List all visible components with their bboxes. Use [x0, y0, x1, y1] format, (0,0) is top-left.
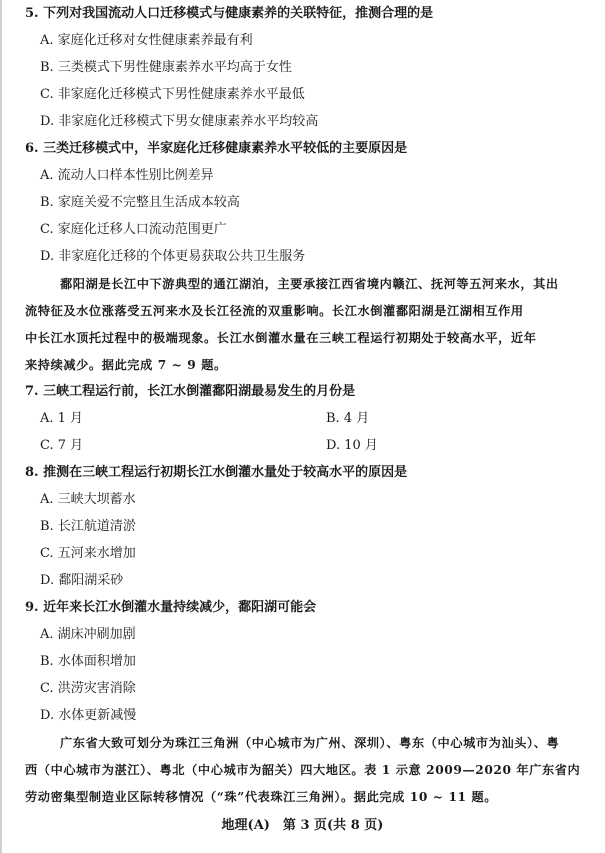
question-8-option-d: D. 鄱阳湖采砂: [40, 573, 123, 589]
question-8-stem: 8. 推测在三峡工程运行初期长江水倒灌水量处于较高水平的原因是: [25, 465, 407, 481]
passage-poyang-line-1: 鄱阳湖是长江中下游典型的通江湖泊，主要承接江西省境内赣江、抚河等五河来水，其出: [60, 276, 559, 292]
question-8-option-c: C. 五河来水增加: [40, 546, 136, 562]
question-9-option-a: A. 湖床冲刷加剧: [40, 627, 136, 643]
page-footer: 地理(A) 第 3 页(共 8 页): [0, 818, 605, 834]
question-6-option-a: A. 流动人口样本性别比例差异: [40, 168, 214, 184]
question-6-stem: 6. 三类迁移模式中，半家庭化迁移健康素养水平较低的主要原因是: [25, 141, 407, 157]
question-6-option-b: B. 家庭关爱不完整且生活成本较高: [40, 195, 240, 211]
question-6-option-c: C. 家庭化迁移人口流动范围更广: [40, 222, 227, 238]
question-7-option-b: B. 4 月: [326, 411, 369, 427]
question-5-option-d: D. 非家庭化迁移模式下男女健康素养水平均较高: [40, 114, 318, 130]
question-9-option-d: D. 水体更新减慢: [40, 708, 136, 724]
passage-poyang-line-4: 来持续减少。据此完成 7 ~ 9 题。: [25, 357, 227, 373]
question-7-option-a: A. 1 月: [40, 411, 83, 427]
page-left-border: [0, 0, 2, 853]
question-6-option-d: D. 非家庭化迁移的个体更易获取公共卫生服务: [40, 249, 305, 265]
question-5-option-a: A. 家庭化迁移对女性健康素养最有利: [40, 33, 253, 49]
question-8-option-a: A. 三峡大坝蓄水: [40, 492, 136, 508]
question-5-option-c: C. 非家庭化迁移模式下男性健康素养水平最低: [40, 87, 305, 103]
question-9-stem: 9. 近年来长江水倒灌水量持续减少，鄱阳湖可能会: [25, 600, 316, 616]
passage-guangdong-line-2: 西（中心城市为湛江）、粤北（中心城市为韶关）四大地区。表 1 示意 2009—2…: [25, 762, 580, 778]
passage-guangdong-line-3: 劳动密集型制造业区际转移情况（“珠”代表珠江三角洲）。据此完成 10 ~ 11 …: [25, 789, 497, 805]
question-9-option-b: B. 水体面积增加: [40, 654, 136, 670]
question-7-option-d: D. 10 月: [326, 438, 378, 454]
question-5-stem: 5. 下列对我国流动人口迁移模式与健康素养的关联特征，推测合理的是: [25, 6, 433, 22]
passage-poyang-line-3: 中长江水顶托过程中的极端现象。长江水倒灌水量在三峡工程运行初期处于较高水平，近年: [25, 330, 537, 346]
passage-poyang-line-2: 流特征及水位涨落受五河来水及长江径流的双重影响。长江水倒灌鄱阳湖是江湖相互作用: [25, 303, 524, 319]
question-7-option-c: C. 7 月: [40, 438, 83, 454]
question-7-stem: 7. 三峡工程运行前，长江水倒灌鄱阳湖最易发生的月份是: [25, 384, 355, 400]
question-8-option-b: B. 长江航道清淤: [40, 519, 136, 535]
question-5-option-b: B. 三类模式下男性健康素养水平均高于女性: [40, 60, 292, 76]
passage-guangdong-line-1: 广东省大致可划分为珠江三角洲（中心城市为广州、深圳）、粤东（中心城市为汕头）、粤: [60, 735, 559, 751]
question-9-option-c: C. 洪涝灾害消除: [40, 681, 136, 697]
